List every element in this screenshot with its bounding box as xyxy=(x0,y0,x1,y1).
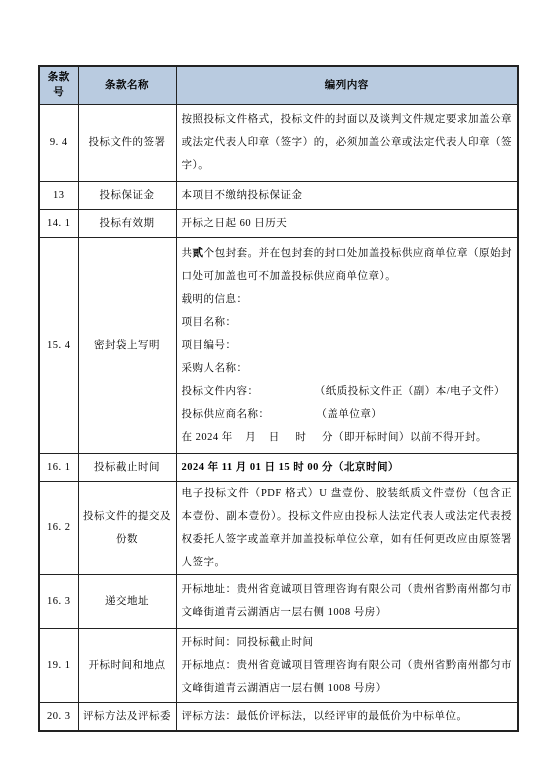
content-line: 电子投标文件（PDF 格式）U 盘壹份、胶装纸质文件壹份（包含正本壹份、副本壹份… xyxy=(182,482,513,574)
document-page: 条款 号 条款名称 编列内容 9. 4 投标文件的签署 按照投标文件格式，投标文… xyxy=(0,0,554,782)
content-line: 载明的信息： xyxy=(182,288,513,311)
table-row: 16. 1 投标截止时间 2024 年 11 月 01 日 15 时 00 分（… xyxy=(39,453,518,481)
content-line: 开标地点：贵州省竟诚项目管理咨询有限公司（贵州省黔南州都匀市文峰街道青云湖酒店一… xyxy=(182,654,513,700)
table-row: 14. 1 投标有效期 开标之日起 60 日历天 xyxy=(39,209,518,237)
clause-content: 开标之日起 60 日历天 xyxy=(176,209,518,237)
clause-name: 递交地址 xyxy=(78,574,176,628)
clause-no: 16. 3 xyxy=(39,574,78,628)
seal-suffix: 个包封套。并在包封套的封口处加盖投标供应商单位章（原始封口处可加盖也可不加盖投标… xyxy=(182,248,513,282)
content-line: 开标地址：贵州省竟诚项目管理咨询有限公司（贵州省黔南州都匀市文峰街道青云湖酒店一… xyxy=(182,578,513,624)
clause-no: 13 xyxy=(39,181,78,209)
clause-content: 按照投标文件格式，投标文件的封面以及谈判文件规定要求加盖公章或法定代表人印章（签… xyxy=(176,104,518,181)
table-row: 9. 4 投标文件的签署 按照投标文件格式，投标文件的封面以及谈判文件规定要求加… xyxy=(39,104,518,181)
clause-name: 密封袋上写明 xyxy=(78,237,176,453)
table-row: 16. 2 投标文件的提交及份数 电子投标文件（PDF 格式）U 盘壹份、胶装纸… xyxy=(39,481,518,574)
clauses-table: 条款 号 条款名称 编列内容 9. 4 投标文件的签署 按照投标文件格式，投标文… xyxy=(38,65,519,732)
table-row: 13 投标保证金 本项目不缴纳投标保证金 xyxy=(39,181,518,209)
content-line: 项目编号： xyxy=(182,334,513,357)
content-line: 投标文件内容： （纸质投标文件正（副）本/电子文件） xyxy=(182,380,513,403)
clause-content: 开标时间：同投标截止时间 开标地点：贵州省竟诚项目管理咨询有限公司（贵州省黔南州… xyxy=(176,628,518,702)
table-row: 16. 3 递交地址 开标地址：贵州省竟诚项目管理咨询有限公司（贵州省黔南州都匀… xyxy=(39,574,518,628)
content-line: 开标之日起 60 日历天 xyxy=(182,212,513,235)
seal-count-bold: 贰 xyxy=(193,248,204,259)
clause-no: 16. 2 xyxy=(39,481,78,574)
content-line: 开标时间：同投标截止时间 xyxy=(182,631,513,654)
clause-content: 开标地址：贵州省竟诚项目管理咨询有限公司（贵州省黔南州都匀市文峰街道青云湖酒店一… xyxy=(176,574,518,628)
table-header-row: 条款 号 条款名称 编列内容 xyxy=(39,66,518,104)
clause-name: 评标方法及评标委 xyxy=(78,702,176,731)
content-line: 项目名称： xyxy=(182,311,513,334)
clause-content: 2024 年 11 月 01 日 15 时 00 分（北京时间） xyxy=(176,453,518,481)
clause-no: 16. 1 xyxy=(39,453,78,481)
clause-no: 9. 4 xyxy=(39,104,78,181)
clause-name: 投标文件的签署 xyxy=(78,104,176,181)
seal-count-line: 共贰个包封套。并在包封套的封口处加盖投标供应商单位章（原始封口处可加盖也可不加盖… xyxy=(182,242,513,288)
clause-name: 投标有效期 xyxy=(78,209,176,237)
content-line: 投标供应商名称： （盖单位章） xyxy=(182,403,513,426)
content-line: 评标方法：最低价评标法，以经评审的最低价为中标单位。 xyxy=(182,705,513,728)
clause-no: 15. 4 xyxy=(39,237,78,453)
clause-name: 开标时间和地点 xyxy=(78,628,176,702)
clause-name: 投标保证金 xyxy=(78,181,176,209)
clause-content: 本项目不缴纳投标保证金 xyxy=(176,181,518,209)
clause-content: 电子投标文件（PDF 格式）U 盘壹份、胶装纸质文件壹份（包含正本壹份、副本壹份… xyxy=(176,481,518,574)
clause-no: 19. 1 xyxy=(39,628,78,702)
content-line: 采购人名称： xyxy=(182,357,513,380)
clause-name: 投标截止时间 xyxy=(78,453,176,481)
header-clause-no: 条款 号 xyxy=(39,66,78,104)
content-line: 按照投标文件格式，投标文件的封面以及谈判文件规定要求加盖公章或法定代表人印章（签… xyxy=(182,108,513,177)
content-line: 本项目不缴纳投标保证金 xyxy=(182,184,513,207)
clause-content: 共贰个包封套。并在包封套的封口处加盖投标供应商单位章（原始封口处可加盖也可不加盖… xyxy=(176,237,518,453)
clause-no: 14. 1 xyxy=(39,209,78,237)
content-line: 在 2024 年 月 日 时 分（即开标时间）以前不得开封。 xyxy=(182,426,513,449)
deadline-line: 2024 年 11 月 01 日 15 时 00 分（北京时间） xyxy=(182,456,513,479)
table-row: 19. 1 开标时间和地点 开标时间：同投标截止时间 开标地点：贵州省竟诚项目管… xyxy=(39,628,518,702)
clause-no: 20. 3 xyxy=(39,702,78,731)
seal-prefix: 共 xyxy=(182,248,193,259)
header-content: 编列内容 xyxy=(176,66,518,104)
clause-content: 评标方法：最低价评标法，以经评审的最低价为中标单位。 xyxy=(176,702,518,731)
clause-name: 投标文件的提交及份数 xyxy=(78,481,176,574)
table-row: 20. 3 评标方法及评标委 评标方法：最低价评标法，以经评审的最低价为中标单位… xyxy=(39,702,518,731)
table-row: 15. 4 密封袋上写明 共贰个包封套。并在包封套的封口处加盖投标供应商单位章（… xyxy=(39,237,518,453)
header-clause-name: 条款名称 xyxy=(78,66,176,104)
